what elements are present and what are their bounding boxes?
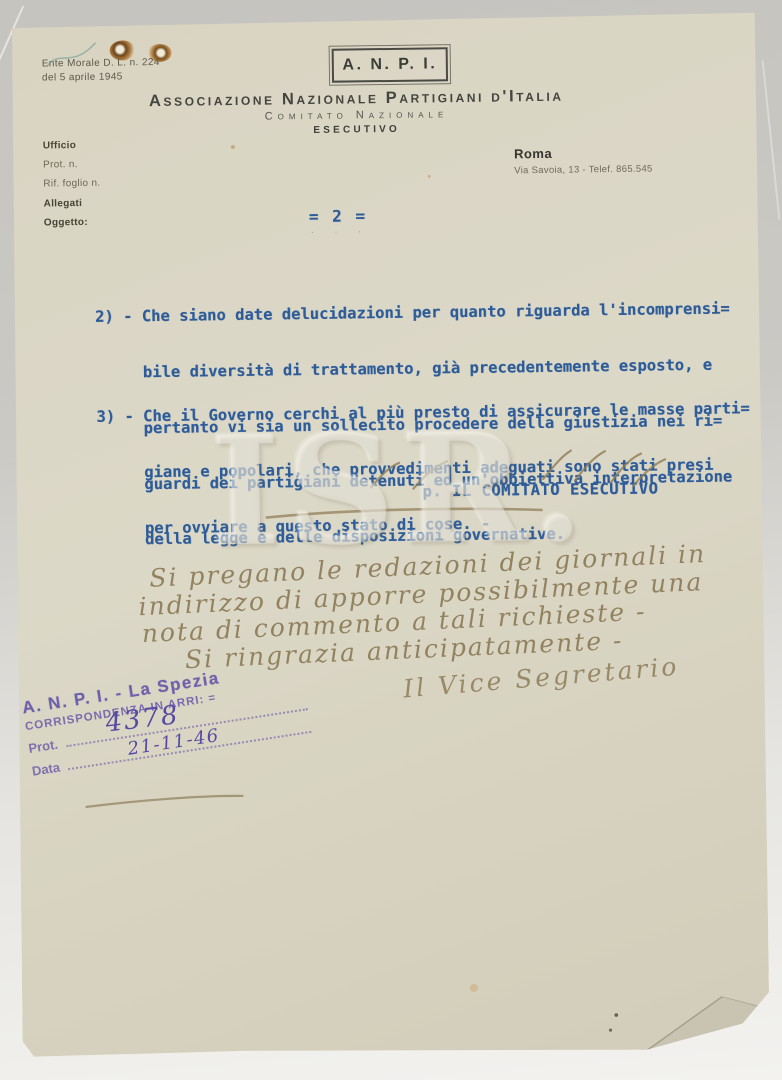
- field-label-allegati: Allegati: [44, 198, 83, 210]
- stamp-pencil-underline: [85, 796, 243, 807]
- typed-line: 3) - Che il Governo cerchi al più presto…: [96, 399, 749, 426]
- scanned-letter-scene: Ente Morale D. L. n. 224 del 5 aprile 19…: [0, 0, 782, 1080]
- typed-line: per ovviare a questo stato di cose. -: [145, 511, 751, 538]
- typed-line: giane e popolari, che provvedimenti adeg…: [144, 455, 750, 482]
- typed-signature: p. IL COMITATO ESECUTIVO: [422, 479, 658, 500]
- city-label: Roma: [514, 146, 552, 161]
- stamp-data-label: Data: [31, 760, 61, 779]
- address-line: Via Savoia, 13 - Telef. 865.545: [514, 164, 652, 177]
- field-label-rif-foglio: Rif. foglio n.: [43, 178, 100, 190]
- field-label-prot: Prot. n.: [43, 159, 78, 170]
- paper-fold: [640, 996, 770, 1055]
- page-number-dots: . . .: [311, 224, 370, 236]
- background-scratch: [762, 60, 780, 219]
- letter-paper: Ente Morale D. L. n. 224 del 5 aprile 19…: [9, 12, 769, 1058]
- ente-morale-line2: del 5 aprile 1945: [42, 70, 160, 86]
- anpi-logo-box: A. N. P. I.: [332, 47, 448, 83]
- field-label-oggetto: Oggetto:: [44, 217, 88, 229]
- fold-crease: [640, 997, 723, 1055]
- field-label-ufficio: Ufficio: [43, 140, 76, 151]
- stamp-prot-label: Prot.: [27, 737, 59, 756]
- ente-morale-line1: Ente Morale D. L. n. 224: [42, 56, 160, 72]
- fold-crease: [722, 996, 769, 1010]
- handwritten-note: Si pregano le redazioni dei giornali in …: [137, 540, 711, 675]
- anpi-logo-text: A. N. P. I.: [342, 55, 437, 74]
- page-number: = 2 =: [309, 206, 367, 226]
- ente-morale-note: Ente Morale D. L. n. 224 del 5 aprile 19…: [42, 56, 160, 86]
- typed-line: 2) - Che siano date delucidazioni per qu…: [95, 300, 730, 327]
